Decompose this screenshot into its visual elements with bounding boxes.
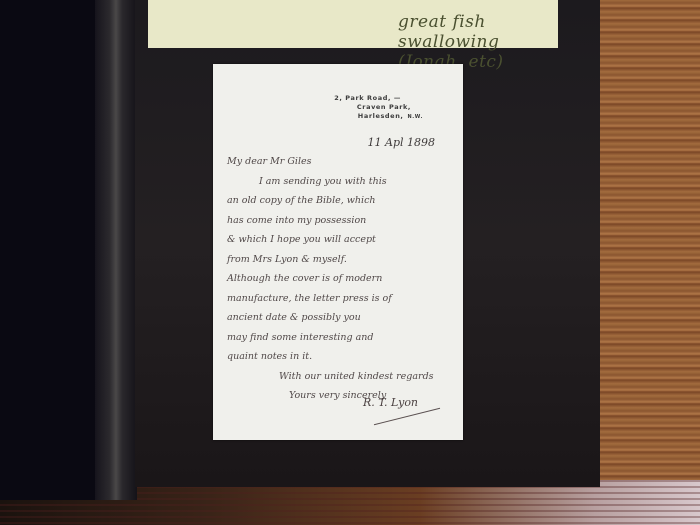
wooden-surface (585, 0, 700, 525)
letter-line: ancient date & possibly you (227, 308, 455, 328)
letter-line: may find some interesting and (227, 328, 455, 348)
letter-date: 11 Apl 1898 (368, 136, 436, 149)
album-left-page (0, 0, 100, 500)
letter-line: I am sending you with this (227, 172, 455, 192)
letter-line: has come into my possession (227, 211, 455, 231)
letter-line: Although the cover is of modern (227, 269, 455, 289)
signature: R. T. Lyon (363, 396, 418, 409)
letterhead-line-1: 2, Park Road, — (334, 94, 401, 103)
clipping-text: great fish swallowing (Jonah, etc) (398, 12, 558, 72)
letter-line: With our united kindest regards (227, 367, 455, 387)
letter-line: from Mrs Lyon & myself. (227, 250, 455, 270)
salutation: My dear Mr Giles (227, 152, 455, 172)
newspaper-clipping: great fish swallowing (Jonah, etc) (148, 0, 558, 48)
letterhead-address: 2, Park Road, — Craven Park, Harlesden,N… (334, 94, 423, 122)
letter-line: & which I hope you will accept (227, 230, 455, 250)
letterhead-line-3: Harlesden,N.W. (334, 112, 423, 122)
letter-line: manufacture, the letter press is of (227, 289, 455, 309)
signature-underline (374, 408, 440, 425)
letterhead-line-2: Craven Park, (334, 103, 411, 112)
closing: Yours very sincerely (227, 386, 455, 406)
handwritten-letter: 2, Park Road, — Craven Park, Harlesden,N… (213, 64, 463, 440)
album-spine (95, 0, 137, 500)
letter-body: My dear Mr Giles I am sending you with t… (227, 152, 455, 406)
letter-line: quaint notes in it. (227, 347, 455, 367)
letter-line: an old copy of the Bible, which (227, 191, 455, 211)
